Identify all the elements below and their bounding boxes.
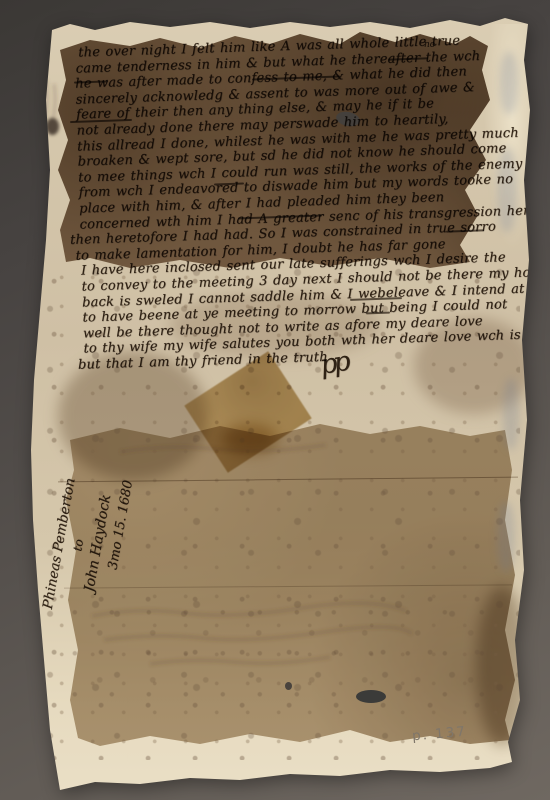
small-dark-spot — [285, 682, 292, 690]
manuscript-photo: the over night I felt him like A was all… — [0, 0, 550, 800]
paper-shadow-wrap: the over night I felt him like A was all… — [0, 0, 550, 800]
writer-initials: pp — [318, 346, 349, 381]
small-dark-spot — [46, 118, 59, 135]
superscript-note: no — [424, 40, 435, 50]
letter-text-block: the over night I felt him like A was all… — [64, 32, 520, 373]
manuscript-page: the over night I felt him like A was all… — [0, 0, 550, 800]
dark-oval-spot — [356, 690, 386, 703]
